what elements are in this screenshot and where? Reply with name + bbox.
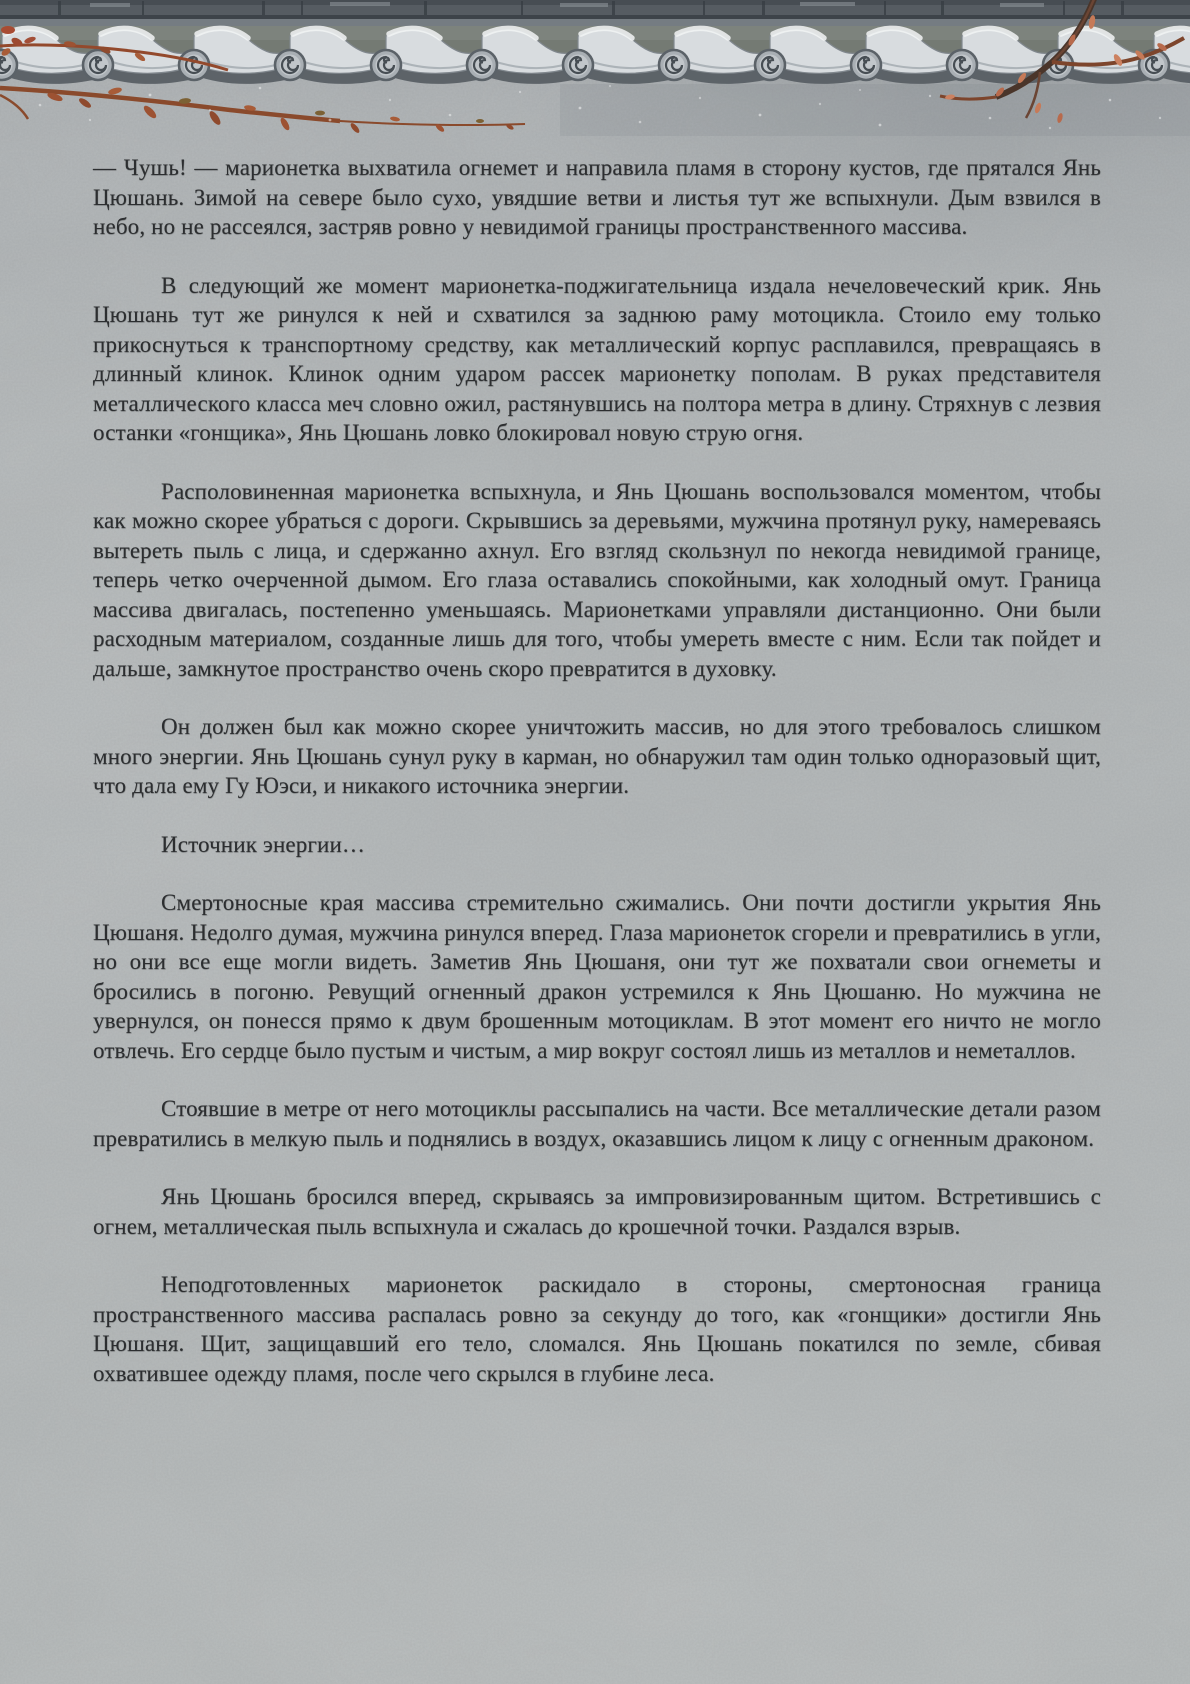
paragraph: Источник энергии… <box>93 830 1101 860</box>
snow-specks <box>39 85 1162 129</box>
paragraph: Стоявшие в метре от него мотоциклы рассы… <box>93 1094 1101 1153</box>
right-branch-decoration <box>940 0 1184 123</box>
chapter-text: — Чушь! — марионетка выхватила огнемет и… <box>93 153 1101 1417</box>
paragraph: В следующий же момент марионетка-поджига… <box>93 271 1101 448</box>
left-branch-decoration <box>0 26 525 134</box>
paragraph: Неподготовленных марионеток раскидало в … <box>93 1270 1101 1388</box>
book-page: — Чушь! — марионетка выхватила огнемет и… <box>0 0 1190 1684</box>
paragraph: Он должен был как можно скорее уничтожит… <box>93 712 1101 801</box>
paragraph: Располовиненная марионетка вспыхнула, и … <box>93 477 1101 684</box>
roof-tiles-decoration <box>0 0 1190 142</box>
paragraph: Смертоносные края массива стремительно с… <box>93 888 1101 1065</box>
paragraph: — Чушь! — марионетка выхватила огнемет и… <box>93 153 1101 242</box>
paragraph: Янь Цюшань бросился вперед, скрываясь за… <box>93 1182 1101 1241</box>
